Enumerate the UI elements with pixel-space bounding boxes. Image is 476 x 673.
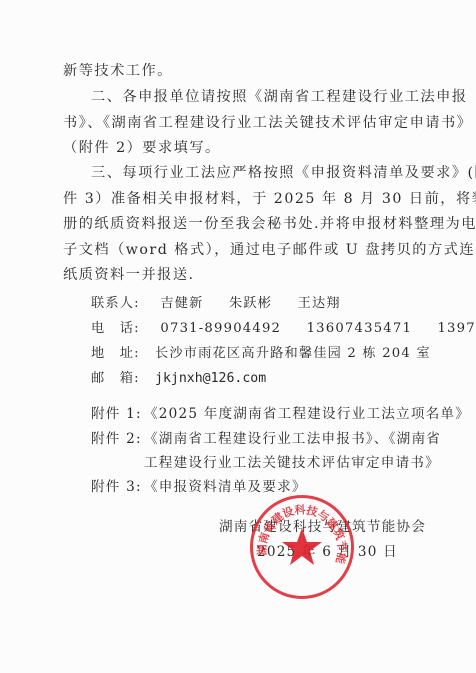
contact-people-label: 联系人: (91, 292, 155, 311)
contact-address: 长沙市雨花区高升路和馨佳园 2 栋 204 室 (155, 346, 431, 361)
contact-email-row: 邮 箱:jkjnxh@126.com (91, 367, 266, 386)
paragraph-line: 纸质资料一并报送. (63, 266, 195, 284)
attachment-title: 《2025 年度湖南省工程建设行业工法立项名单》 (144, 406, 470, 422)
paragraph-line: 书》、《湖南省工程建设行业工法关键技术评估审定申请书》 (63, 114, 472, 132)
contact-address-label: 地 址: (91, 342, 155, 361)
contact-people-row: 联系人: 吉健新 朱跃彬 王达翔 (91, 292, 361, 311)
phone-number: 0731-89904492 (160, 321, 281, 336)
phone-number: 13973129218 (437, 321, 476, 336)
attachment-2-continued: 工程建设行业工法关键技术评估审定申请书》 (144, 451, 440, 471)
paragraph-line: 册的纸质资料报送一份至我会秘书处.并将申报材料整理为电 (63, 215, 476, 233)
attachment-1: 附件 1:《2025 年度湖南省工程建设行业工法立项名单》 (91, 402, 470, 422)
contact-person: 朱跃彬 (229, 292, 272, 311)
attachment-2: 附件 2:《湖南省工程建设行业工法申报书》、《湖南省 (91, 427, 441, 447)
contact-phone-label: 电 话: (91, 317, 155, 336)
document-page: 新等技术工作。 二、各申报单位请按照《湖南省工程建设行业工法申报 书》、《湖南省… (0, 0, 476, 673)
attachment-title: 《申报资料清单及要求》 (144, 479, 307, 495)
contact-address-row: 地 址:长沙市雨花区高升路和馨佳园 2 栋 204 室 (91, 342, 431, 361)
official-seal: 湖南省建设科技与建筑节能协会 (250, 495, 354, 599)
contact-person: 王达翔 (298, 292, 341, 311)
paragraph-line: 二、各申报单位请按照《湖南省工程建设行业工法申报 (91, 88, 468, 106)
contact-person: 吉健新 (160, 292, 203, 311)
seal-star-icon: 湖南省建设科技与建筑节能协会 (253, 498, 351, 596)
attachment-label: 附件 3: (91, 475, 144, 495)
paragraph-line: 件 3）准备相关申报材料，于 2025 年 8 月 30 日前，将装订成 (63, 190, 476, 208)
attachment-label: 附件 2: (91, 427, 144, 447)
attachment-title: 《湖南省工程建设行业工法申报书》、《湖南省 (144, 431, 441, 447)
contact-email-label: 邮 箱: (91, 367, 155, 386)
attachment-3: 附件 3:《申报资料清单及要求》 (91, 475, 307, 495)
attachment-label: 附件 1: (91, 402, 144, 422)
phone-number: 13607435471 (307, 321, 413, 336)
contact-phone-row: 电 话: 0731-89904492 13607435471 139731292… (91, 317, 476, 336)
contact-email: jkjnxh@126.com (155, 371, 266, 386)
paragraph-line: 三、每项行业工法应严格按照《申报资料清单及要求》(附 (91, 164, 476, 182)
paragraph-line: （附件 2）要求填写。 (63, 139, 221, 157)
paragraph-line: 新等技术工作。 (63, 62, 173, 80)
paragraph-line: 子文档（word 格式），通过电子邮件或 U 盘拷贝的方式连同 (63, 241, 476, 259)
